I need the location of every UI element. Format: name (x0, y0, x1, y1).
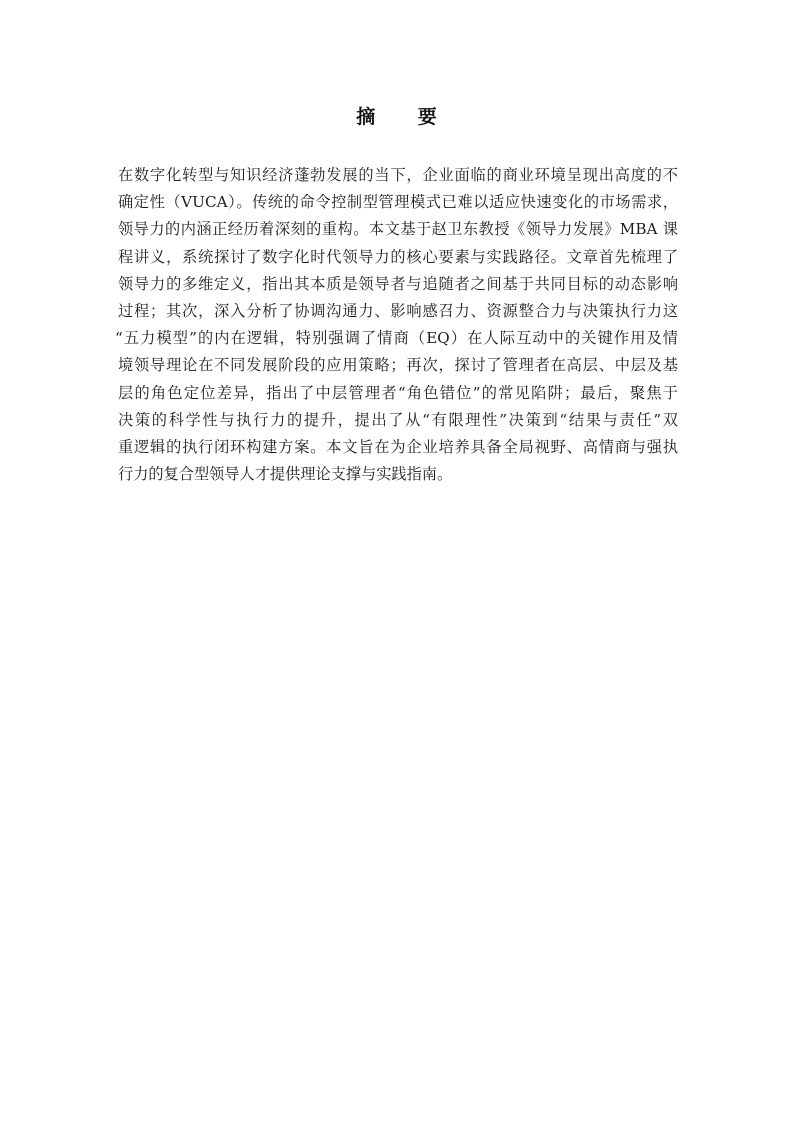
abstract-line: 行力的复合型领导人才提供理论支撑与实践指南。 (118, 461, 678, 488)
abstract-line: 层的角色定位差异，指出了中层管理者“角色错位”的常见陷阱；最后，聚焦于 (118, 380, 678, 407)
document-page: 摘 要 在数字化转型与知识经济蓬勃发展的当下，企业面临的商业环境呈现出高度的不 … (0, 0, 793, 1122)
abstract-line: 确定性（VUCA）。传统的命令控制型管理模式已难以适应快速变化的市场需求， (118, 189, 678, 216)
abstract-line: 境领导理论在不同发展阶段的应用策略；再次，探讨了管理者在高层、中层及基 (118, 352, 678, 379)
abstract-line: 重逻辑的执行闭环构建方案。本文旨在为企业培养具备全局视野、高情商与强执 (118, 434, 678, 461)
abstract-line: 领导力的内涵正经历着深刻的重构。本文基于赵卫东教授《领导力发展》MBA 课 (118, 216, 678, 243)
abstract-line: 决策的科学性与执行力的提升，提出了从“有限理性”决策到“结果与责任”双 (118, 407, 678, 434)
abstract-title: 摘 要 (0, 104, 793, 130)
abstract-line: 程讲义，系统探讨了数字化时代领导力的核心要素与实践路径。文章首先梳理了 (118, 244, 678, 271)
abstract-line: 领导力的多维定义，指出其本质是领导者与追随者之间基于共同目标的动态影响 (118, 271, 678, 298)
abstract-line: 在数字化转型与知识经济蓬勃发展的当下，企业面临的商业环境呈现出高度的不 (118, 162, 678, 189)
abstract-body: 在数字化转型与知识经济蓬勃发展的当下，企业面临的商业环境呈现出高度的不 确定性（… (118, 162, 678, 488)
abstract-line: “五力模型”的内在逻辑，特别强调了情商（EQ）在人际互动中的关键作用及情 (115, 325, 678, 352)
abstract-line: 过程；其次，深入分析了协调沟通力、影响感召力、资源整合力与决策执行力这 (118, 298, 678, 325)
